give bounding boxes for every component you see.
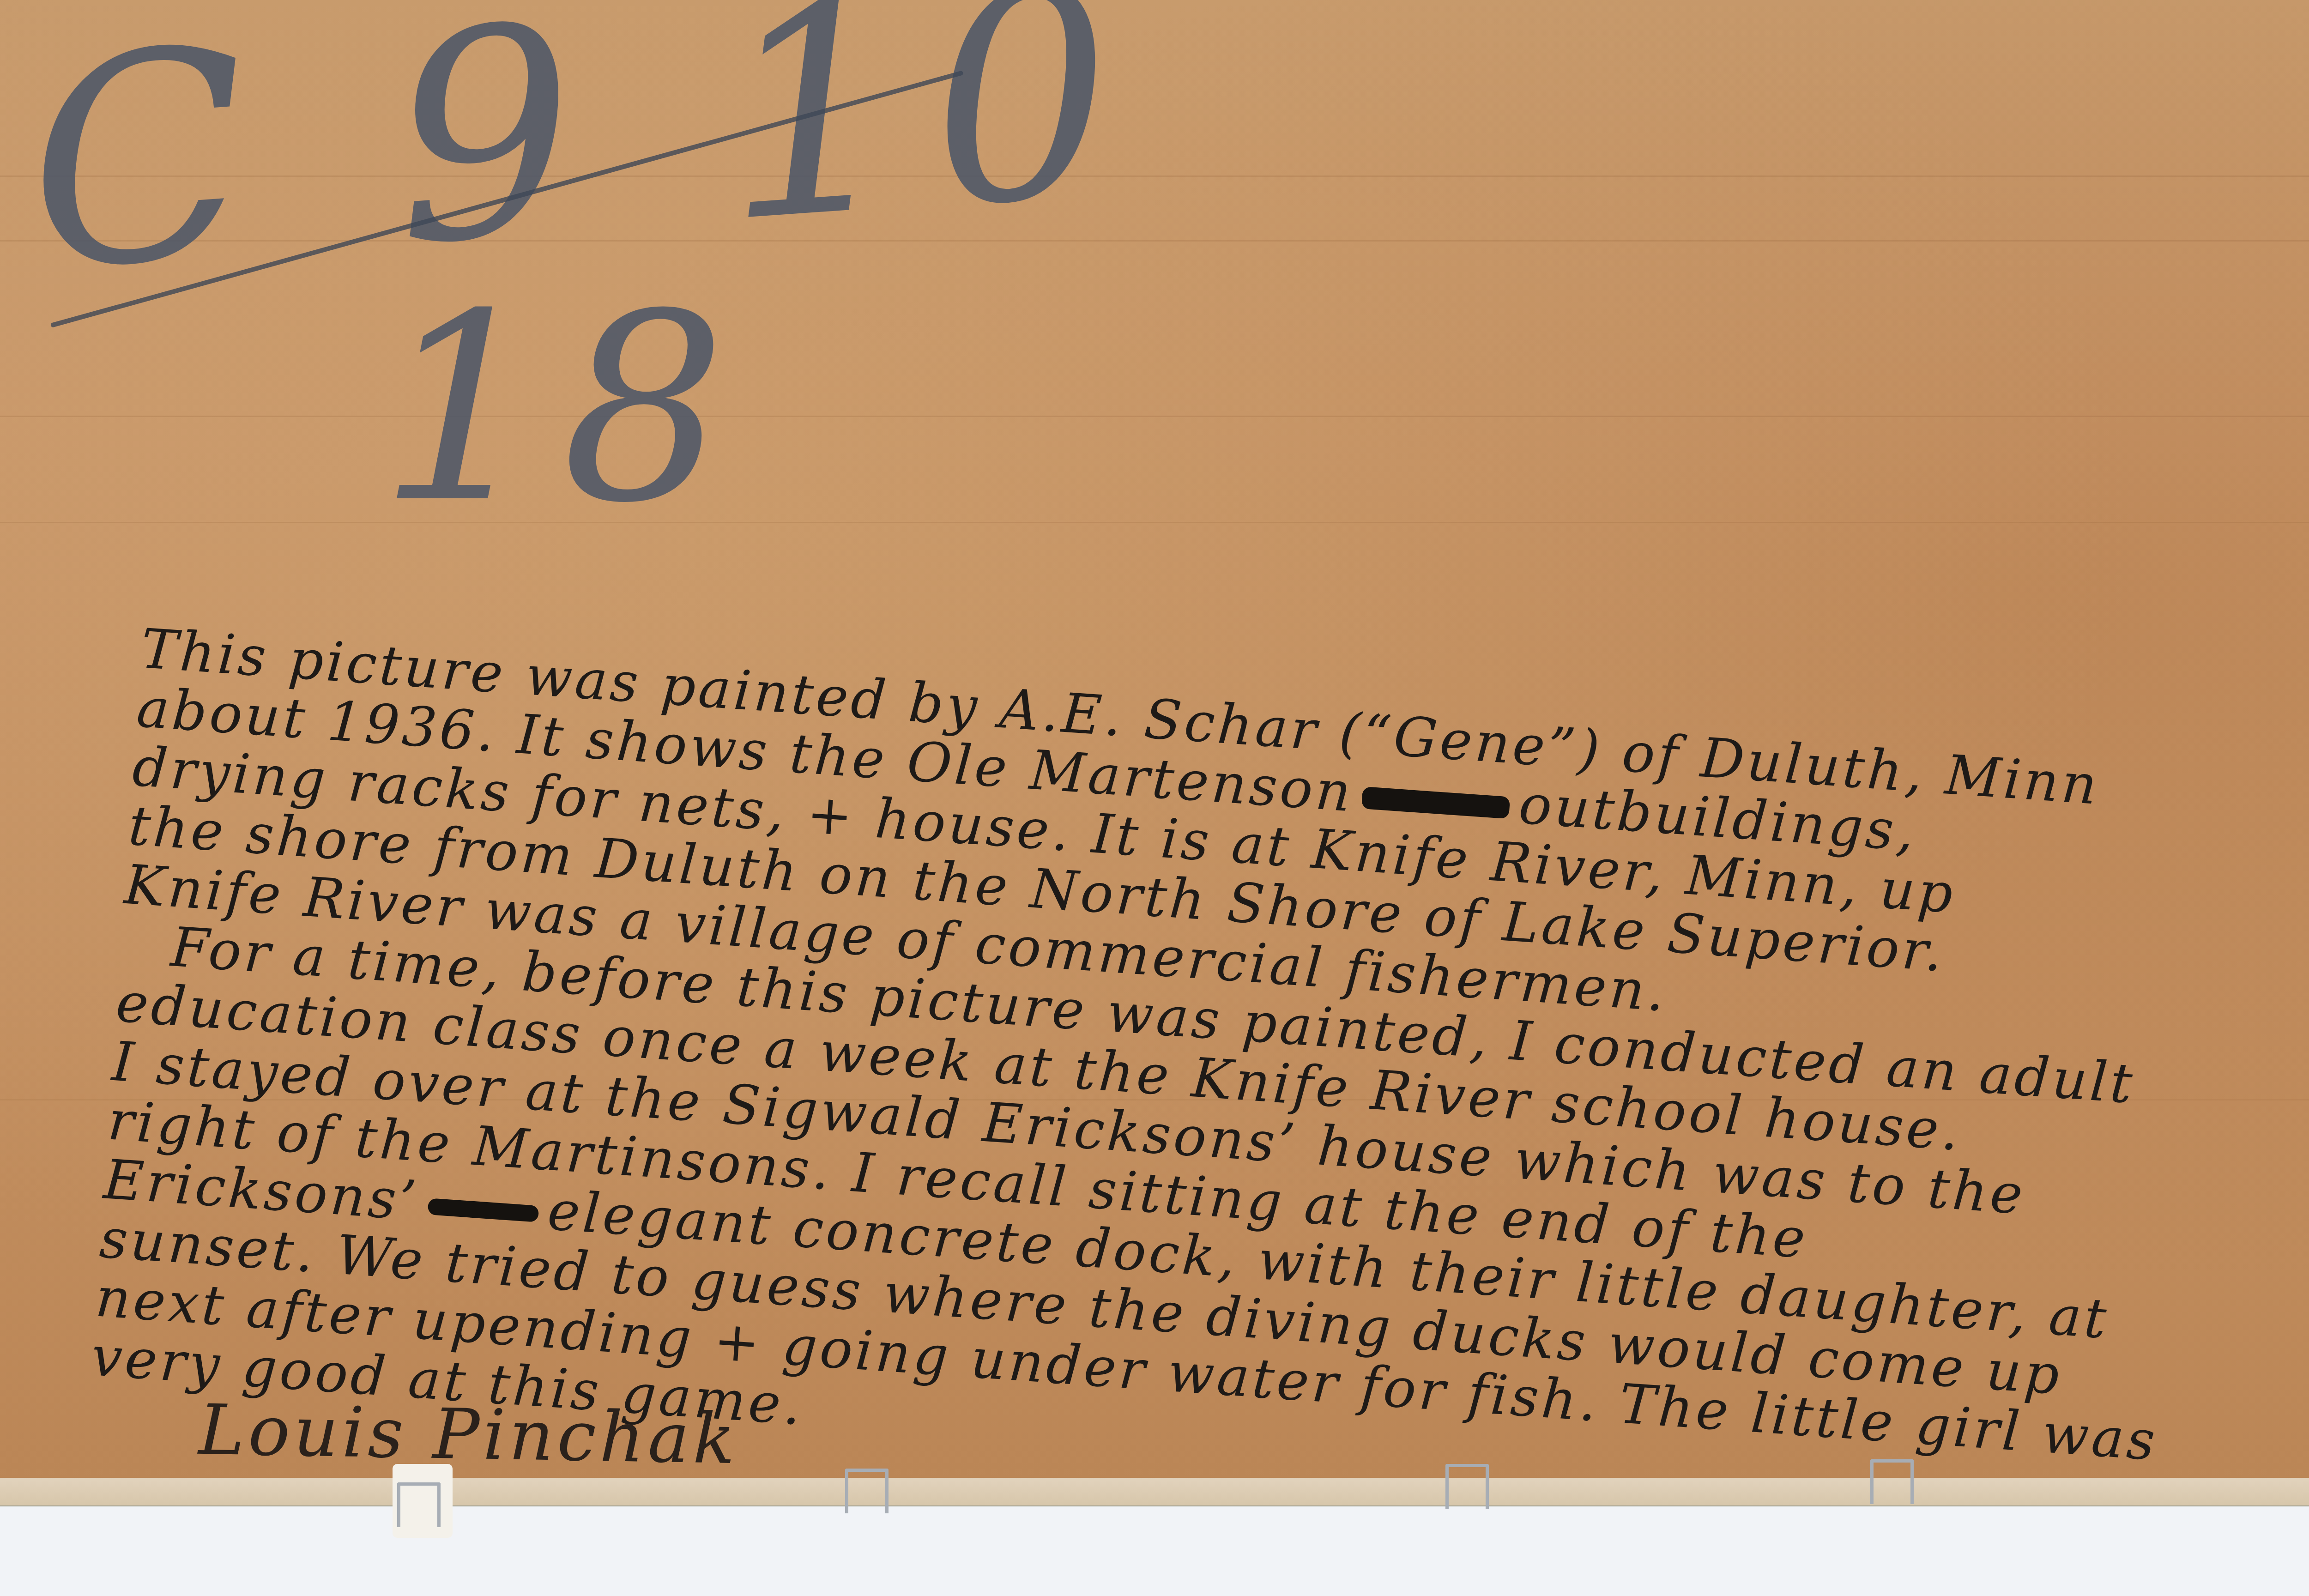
kraft-paper-backing: C 9 10 18 This picture was painted by A.… (0, 0, 2309, 1482)
staple-icon (845, 1469, 889, 1513)
crossed-out-word (427, 1198, 539, 1223)
signature: Louis Pinchak (198, 1390, 739, 1480)
frame-edge (0, 1478, 2309, 1506)
staple-icon (397, 1482, 441, 1527)
pencil-number: 18 (379, 259, 745, 560)
staple-icon (1445, 1464, 1489, 1509)
wood-grain-line (0, 522, 2309, 523)
staple-icon (1870, 1459, 1914, 1504)
white-mat (0, 1506, 2309, 1596)
wood-grain-line (0, 416, 2309, 417)
crossed-out-word (1361, 787, 1511, 819)
